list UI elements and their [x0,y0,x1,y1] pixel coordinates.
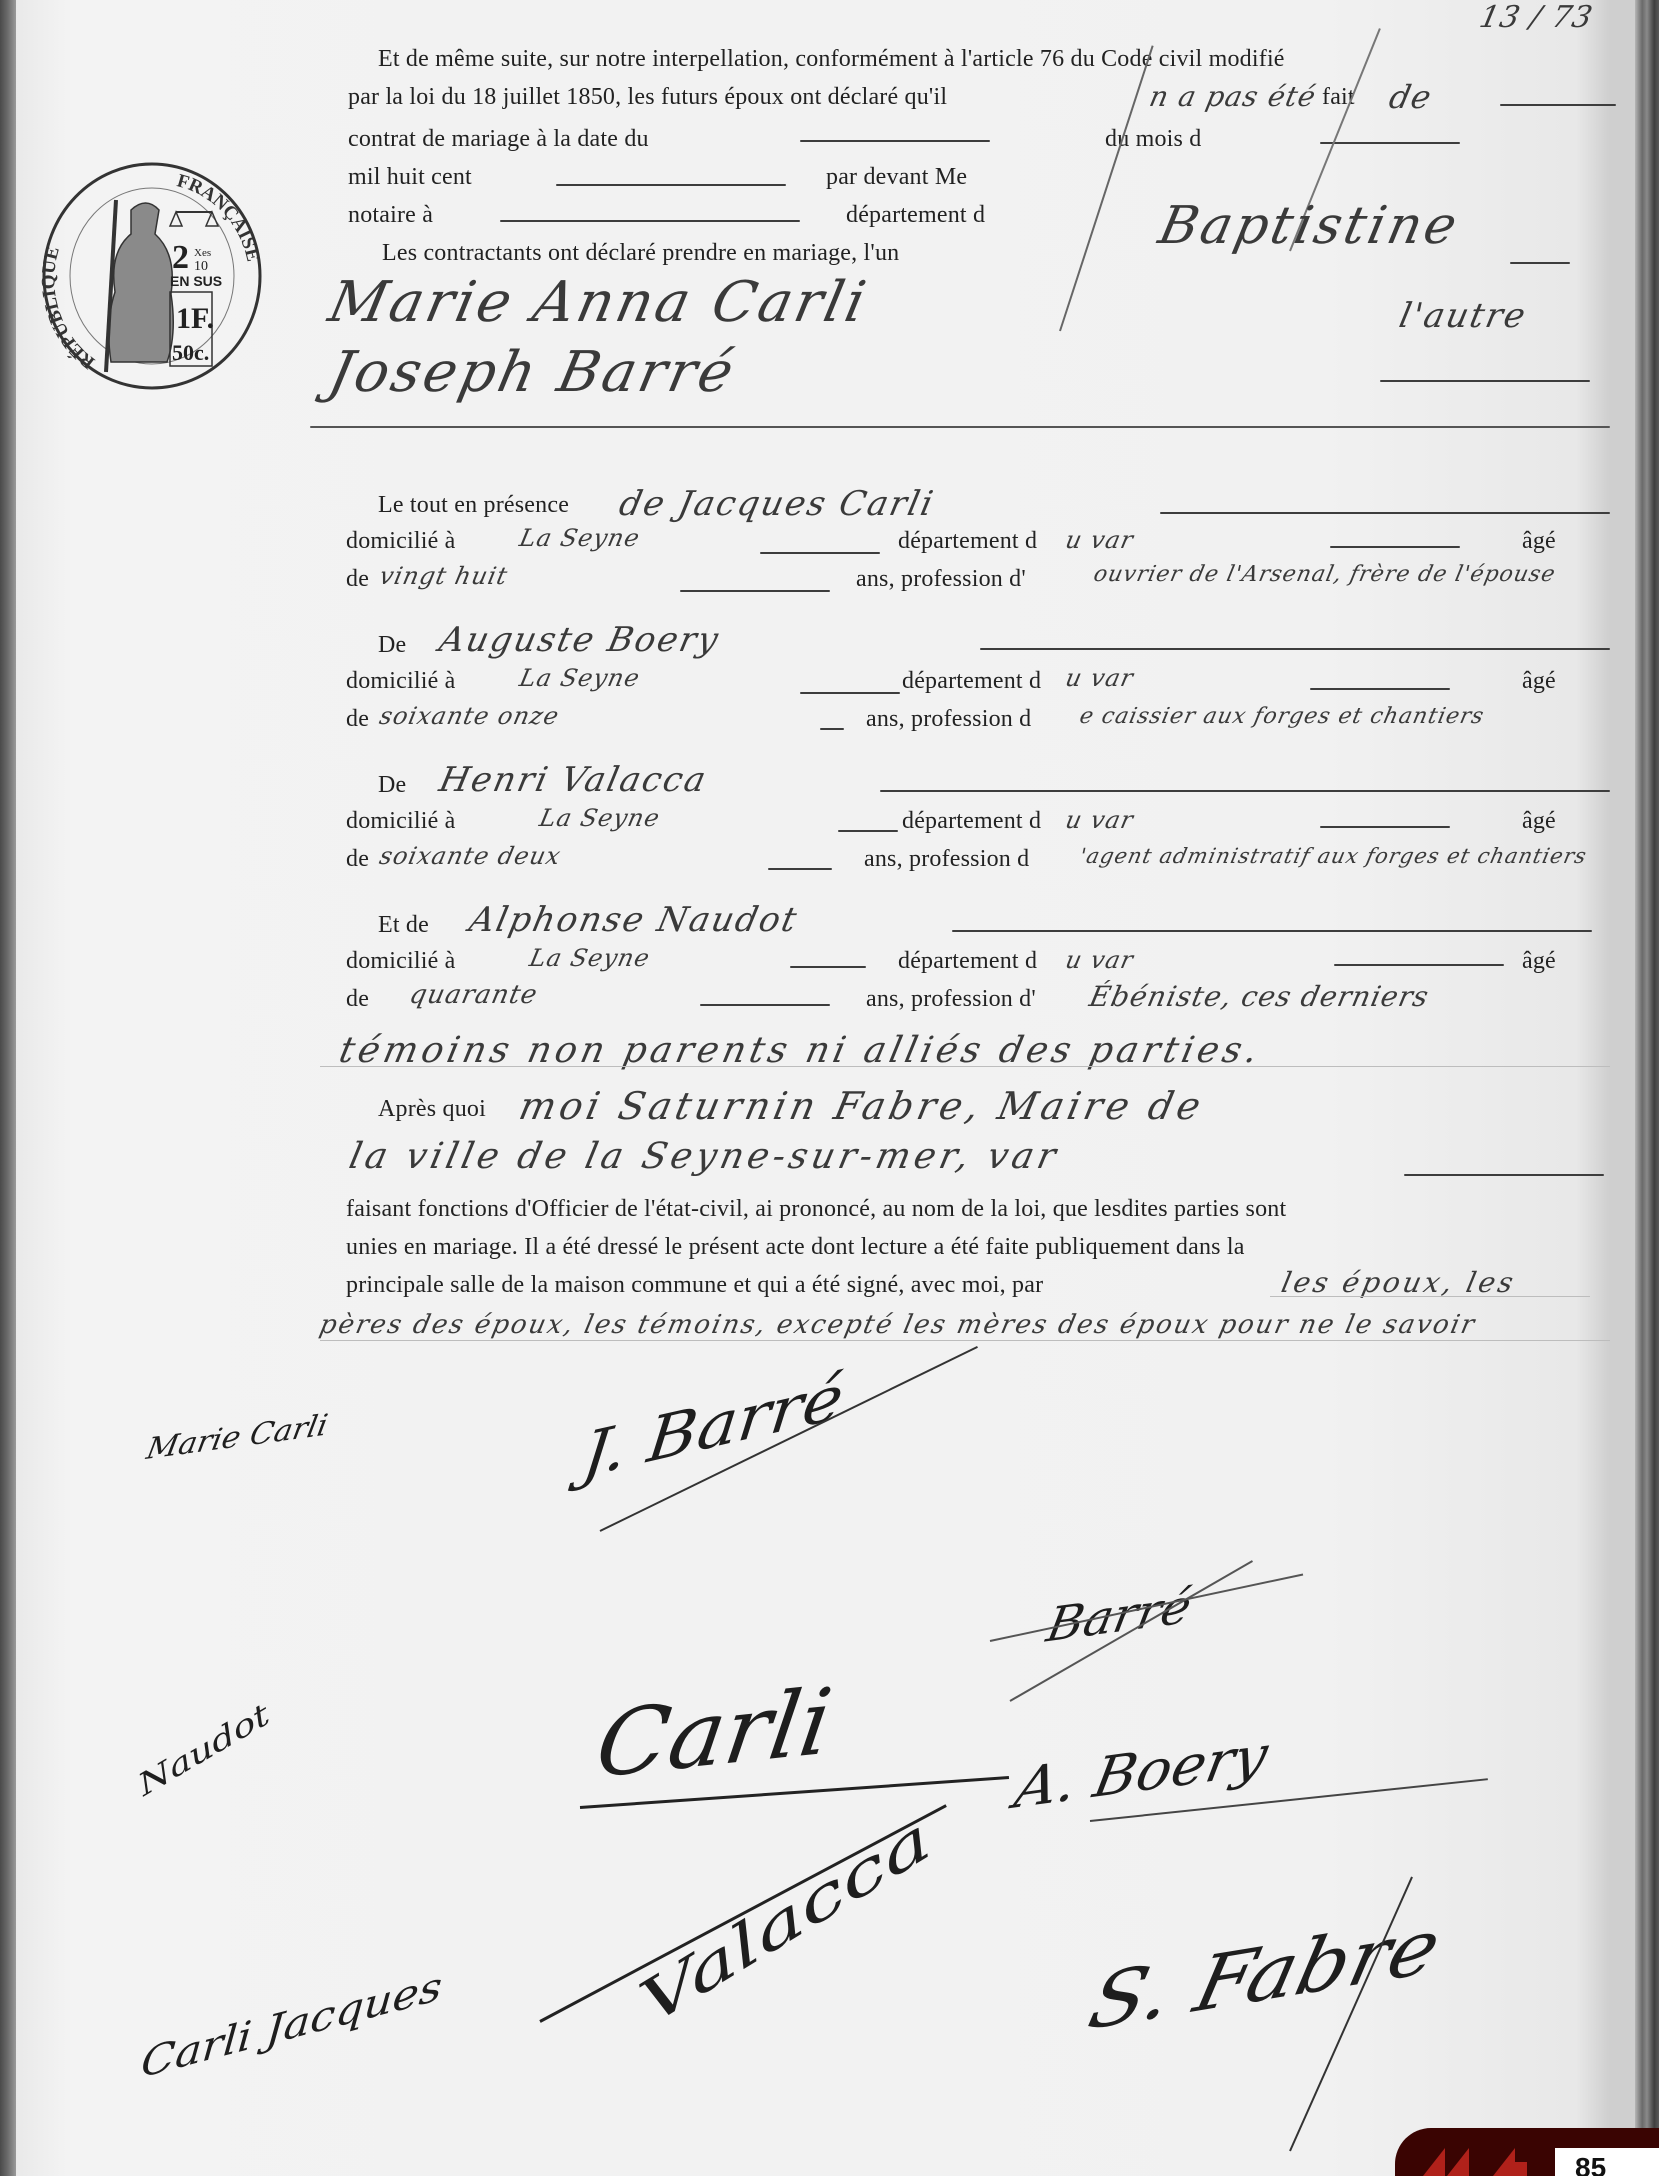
blank-line [1320,142,1460,144]
republique-stamp-icon: RÉPUBLIQUE FRANÇAISE 2 Xes 10 EN SUS 1F.… [36,160,268,392]
contracting-printed: Les contractants ont déclaré prendre en … [382,240,899,267]
witness-4-domicile-label: domicilié à [346,948,456,975]
signature-mayor: S. Fabre [1081,1902,1448,2048]
contract-line-5: notaire à [348,202,433,229]
blank-line [1380,380,1590,382]
witness-2-age-label: âgé [1522,668,1556,695]
witness-1-domicile-label: domicilié à [346,528,456,555]
witness-3-domicile-label: domicilié à [346,808,456,835]
witness-4-age-prefix: de [346,986,369,1013]
witness-3-age-label: âgé [1522,808,1556,835]
underline [1270,1296,1590,1297]
blank-line [800,692,900,694]
contract-par-devant: par devant Me [826,164,967,191]
witness-4-prefix: Et de [378,912,429,939]
witness-2-domicile: La Seyne [517,664,643,692]
blank-line [556,184,786,186]
left-page-binding [0,0,16,2176]
blank-line [1160,512,1610,514]
signature-carli-jacques: Carli Jacques [139,1962,443,2087]
contract-departement: département d [846,202,985,229]
witness-3-profession-label: ans, profession d [864,846,1029,873]
witness-2-domicile-label: domicilié à [346,668,456,695]
officer-line-2: la ville de la Seyne-sur-mer, var [346,1136,1064,1177]
witness-4-profession: Ébéniste, ces derniers [1086,980,1432,1013]
blank-line [1330,546,1460,548]
margin-note: 13 / 73 [1476,0,1596,35]
svg-text:2: 2 [172,239,189,276]
blank-line [980,648,1610,650]
blank-line [1510,262,1570,264]
closing-line-1: faisant fonctions d'Officier de l'état-c… [346,1196,1286,1223]
contract-hand-not-made: n a pas été [1146,80,1319,113]
closing-line-2: unies en mariage. Il a été dressé le pré… [346,1234,1245,1261]
groom-first-name: Baptistine [1154,196,1465,256]
witness-4-name: Alphonse Naudot [466,900,802,940]
witness-4-profession-label: ans, profession d' [866,986,1036,1013]
document-page: RÉPUBLIQUE FRANÇAISE 2 Xes 10 EN SUS 1F.… [0,0,1659,2176]
blank-line [700,1004,830,1006]
officer-line-1: moi Saturnin Fabre, Maire de [515,1084,1208,1128]
blank-line [680,590,830,592]
blank-line [1320,826,1450,828]
svg-text:1F.: 1F. [176,302,214,335]
fiscal-stamp: RÉPUBLIQUE FRANÇAISE 2 Xes 10 EN SUS 1F.… [36,160,268,392]
blank-line [820,728,844,730]
witness-2-name: Auguste Boery [436,620,724,660]
blank-line [838,830,898,832]
witness-3-age-prefix: de [346,846,369,873]
witness-1-age: vingt huit [377,562,511,590]
blank-line [790,966,866,968]
witness-4-age: quarante [407,980,541,1010]
witness-2-profession: e caissier aux forges et chantiers [1077,704,1486,729]
signature-flourish [539,1804,947,2023]
witness-2-dept: u var [1063,664,1136,692]
witness-2-prefix: De [378,632,406,659]
bride-name: Marie Anna Carli [323,270,874,335]
witness-1-domicile: La Seyne [517,524,643,552]
blank-line [800,140,990,142]
separator-line [310,426,1610,428]
contract-line-2: par la loi du 18 juillet 1850, les futur… [348,84,947,111]
blank-line [1334,964,1504,966]
blank-line [768,868,832,870]
witness-3-name: Henri Valacca [436,760,711,800]
signature-barre-father: Barré [1042,1579,1195,1654]
witness-1-profession: ouvrier de l'Arsenal, frère de l'épouse [1091,562,1558,587]
witness-note: témoins non parents ni alliés des partie… [336,1030,1266,1071]
underline [320,1066,1610,1067]
witness-1-name: de Jacques Carli [616,484,938,524]
page-navigator: 85 [1395,2128,1659,2176]
svg-text:50c.: 50c. [172,340,209,365]
witness-3-domicile: La Seyne [537,804,663,832]
strike-stroke [1059,45,1154,331]
officer-prefix: Après quoi [378,1096,486,1123]
page-number: 85 [1555,2148,1659,2176]
witness-3-profession: 'agent administratif aux forges et chant… [1077,844,1589,868]
blank-line [760,552,880,554]
witness-3-dept-label: département d [902,808,1041,835]
signature-carli: Carli [590,1668,838,1798]
witness-2-age: soixante onze [377,702,562,730]
blank-line [1500,104,1616,106]
witness-3-prefix: De [378,772,406,799]
witness-4-dept: u var [1063,946,1136,974]
other-label: l'autre [1396,296,1531,336]
witness-1-age-prefix: de [346,566,369,593]
contract-line-3: contrat de mariage à la date du [348,126,649,153]
signature-groom: J. Barré [579,1361,847,1492]
groom-name: Joseph Barré [323,340,742,405]
witness-3-dept: u var [1063,806,1136,834]
svg-text:10: 10 [194,259,208,274]
closing-hand-signers-1: les époux, les [1278,1266,1519,1299]
svg-text:RÉPUBLIQUE: RÉPUBLIQUE [38,244,99,372]
witness-2-age-prefix: de [346,706,369,733]
witness-4-domicile: La Seyne [527,944,653,972]
blank-line [500,220,800,222]
signature-valacca: Valacca [631,1803,940,2039]
contract-hand-de: de [1386,78,1435,116]
witness-3-age: soixante deux [377,842,564,870]
witness-1-age-label: âgé [1522,528,1556,555]
blank-line [1310,688,1450,690]
blank-line [880,790,1610,792]
svg-text:EN SUS: EN SUS [170,273,222,289]
witness-2-profession-label: ans, profession d [866,706,1031,733]
witness-2-dept-label: département d [902,668,1041,695]
rewind-icon [1423,2144,1533,2176]
previous-page-button[interactable] [1423,2144,1533,2176]
witness-4-dept-label: département d [898,948,1037,975]
closing-line-3: principale salle de la maison commune et… [346,1272,1043,1299]
closing-hand-signers-2: pères des époux, les témoins, excepté le… [317,1310,1479,1340]
witness-1-dept: u var [1063,526,1136,554]
blank-line [952,930,1592,932]
right-page-binding [1635,0,1659,2176]
svg-text:Xes: Xes [194,247,211,259]
blank-line [1404,1174,1604,1176]
underline [320,1340,1610,1341]
signature-bride: Marie Carli [144,1408,331,1467]
witness-1-prefix: Le tout en présence [378,492,569,519]
witness-4-age-label: âgé [1522,948,1556,975]
contract-line-4: mil huit cent [348,164,472,191]
signature-naudot: Naudot [134,1696,275,1803]
witness-1-dept-label: département d [898,528,1037,555]
witness-1-profession-label: ans, profession d' [856,566,1026,593]
